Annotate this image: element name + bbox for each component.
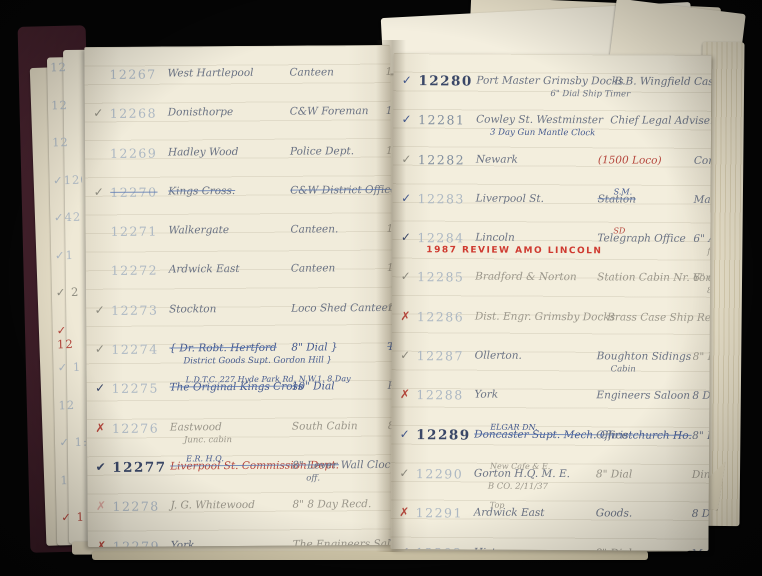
check-mark-icon: ✓ <box>91 106 106 120</box>
check-mark-icon: ✓ <box>399 73 414 87</box>
entry-number: 12284 <box>417 230 471 245</box>
entry-number: 12279 <box>113 538 167 547</box>
entry-place: New Cafe & E. Gorton H.Q. M. E. B CO. 2/… <box>474 467 584 483</box>
ledger-row: ✓ 12284 Lincoln SD Telegraph Office 6" A… <box>398 228 710 269</box>
ledger-row: ✓ 12268 Donisthorpe C&W Foreman 12" Dial <box>91 102 391 143</box>
entry-place: Stockton <box>169 302 279 318</box>
entry-number: 12287 <box>417 348 471 363</box>
entry-note-below: Junc. cabin <box>184 433 232 448</box>
check-mark-icon: ✓ <box>92 342 107 356</box>
entry-place: Newark <box>476 152 586 168</box>
page-stack-sheet <box>92 551 648 560</box>
edge-number-fragment: ✓ 2 <box>56 283 86 321</box>
edge-number-fragment: 12 <box>50 58 80 96</box>
check-mark-icon: ✓ <box>399 152 414 166</box>
entry-clock-type-main: 6" Astral Recd. <box>693 233 711 245</box>
ledger-row: ✓ 12289 ELGAR DN. Doncaster Supt. Mech. … <box>397 425 709 466</box>
entry-note-below: Cabin <box>611 362 636 377</box>
check-mark-icon: ✓ <box>92 303 107 317</box>
entry-place: Top Ardwick East <box>474 506 584 522</box>
entry-place: Donisthorpe <box>168 105 278 121</box>
entry-location: Dining Room <box>692 468 712 483</box>
entry-location: M.O.B. Depot Cabin <box>691 546 711 551</box>
ledger-row: ✓ 12273 Stockton Loco Shed Canteen. 12" … <box>92 299 392 340</box>
entry-number: 12283 <box>418 191 472 206</box>
entry-clock-type: 8" Dial Lever <box>692 429 711 444</box>
entry-place: Kings Cross. <box>168 184 278 200</box>
entry-location: C&W Foreman <box>290 104 374 120</box>
entry-clock-type: 8" Recd. <box>693 350 712 365</box>
entry-note-below: 6" Dial Ship Timer <box>550 87 630 102</box>
entry-number: 12286 <box>417 309 471 324</box>
entry-clock-type: 8 Day Lever <box>692 507 712 522</box>
entry-number: 12271 <box>110 224 164 239</box>
entry-insert-above: New Cafe & E. <box>490 459 550 474</box>
entry-place: Ardwick East <box>169 262 279 278</box>
entry-location: Canteen <box>291 262 375 278</box>
entry-clock-type: 10" Dial <box>292 379 376 395</box>
ledger-row: ✓ 12283 Liverpool St. S.M. Station Manag… <box>398 189 710 230</box>
entry-clock-type: 8" Dial <box>596 467 680 483</box>
entry-number: 12288 <box>416 388 470 403</box>
entry-place: Lincoln <box>475 231 585 247</box>
entry-number: 12281 <box>418 112 472 127</box>
entry-place: Hadley Wood <box>168 144 278 160</box>
edge-number-fragment: ✓1 <box>55 245 85 283</box>
ledger-page-right: ✓ 12280 Port Master Grimsby Docks B.B. W… <box>390 53 711 551</box>
edge-number-fragment: 12 <box>58 395 88 433</box>
check-mark-icon: ✓ <box>399 112 414 126</box>
entry-location: Goods. <box>596 507 680 523</box>
ledger-rows: ✓ 12280 Port Master Grimsby Docks B.B. W… <box>396 71 711 551</box>
entry-clock-type: Manager 6" Mantel Clock <box>694 193 712 209</box>
edge-number-fragment: 1 <box>60 470 90 508</box>
edge-number-fragment: 12 <box>52 133 82 171</box>
entry-location-main: Telegraph Office <box>597 232 685 245</box>
cross-mark-icon: ✗ <box>397 505 412 519</box>
ledger-row: ✗ 12288 York Engineers Saloon 8 Day Astr… <box>397 385 709 426</box>
entry-number: 12268 <box>110 106 164 121</box>
entry-clock-type: 8 Day <box>692 389 711 404</box>
check-mark-icon: ✓ <box>399 191 414 205</box>
entry-place: Eastwood Junc. cabin <box>170 419 280 435</box>
check-mark-icon: ✓ <box>397 427 412 441</box>
ledger-row: ✓ 12280 Port Master Grimsby Docks B.B. W… <box>399 71 711 112</box>
entry-number: 12280 <box>418 73 472 89</box>
edge-number-fragment: ✓ 12 <box>56 320 86 358</box>
entry-location: Engineers Saloon <box>596 389 680 405</box>
edge-number-fragment: ✓ 1: <box>59 433 89 471</box>
review-annotation: 1987 REVIEW AMO LINCOLN <box>426 245 602 256</box>
entry-number: 12277 <box>112 459 166 475</box>
entry-location: Boughton Sidings Cabin <box>597 349 681 365</box>
ledger-row: ✓ 12275 L.D.T.C. 227 Hyde Park Rd. N.W.1… <box>93 377 393 418</box>
entry-clock-type: 8" Lever Wall Clock (Recd. 8 Day) off. <box>292 458 393 474</box>
entry-location-main: Boughton Sidings <box>597 350 692 363</box>
ledger-row: ✔ 12277 E.R. H.Q. Liverpool St. Commissi… <box>93 456 393 497</box>
edge-number-fragment: ✓ 1 <box>57 358 87 396</box>
entry-insert-above: Top <box>490 498 505 513</box>
entry-place: York <box>171 537 281 547</box>
entry-location: Police Dept. <box>290 144 374 160</box>
cross-mark-icon: ✗ <box>397 387 412 401</box>
cross-mark-icon: ✗ <box>93 499 108 513</box>
entry-number: 12278 <box>112 499 166 514</box>
entry-place: { Dr. Robt. Hertford District Goods Supt… <box>169 341 279 357</box>
ledger-row: ✗ 12276 Eastwood Junc. cabin South Cabin… <box>93 417 393 458</box>
edge-number-fragment: 12 <box>51 95 81 133</box>
ledger-row: ✗ 12286 Dist. Engr. Grimsby Docks Brass … <box>398 307 710 348</box>
entry-number: 12276 <box>112 420 166 435</box>
entry-place: Liverpool St. <box>476 191 586 207</box>
entry-clock-type-main: 6" dial <box>693 272 711 284</box>
cross-mark-icon: ✗ <box>398 309 413 323</box>
entry-number: 12289 <box>416 427 470 443</box>
check-mark-icon: ✓ <box>398 348 413 362</box>
check-mark-icon: ✓ <box>397 466 412 480</box>
check-mark-icon: ✓ <box>398 230 413 244</box>
entry-insert-above: SD <box>613 224 625 239</box>
entry-clock-type: 6" Astral Recd. for sale 4/8/81 AB <box>693 232 711 247</box>
entry-number: 12291 <box>416 505 470 520</box>
check-mark-icon: ✓ <box>93 381 108 395</box>
entry-location: Station Cabin Nr. York <box>597 271 681 287</box>
entry-location: South Cabin <box>292 419 376 435</box>
entry-place: Bradford & Norton <box>475 270 585 286</box>
entry-number: 12285 <box>417 270 471 285</box>
ledger-row: 12269 Hadley Wood Police Dept. 12" - <box>91 142 391 183</box>
entry-number: 12273 <box>111 302 165 317</box>
entry-clock-type: 8" Dial <box>595 546 679 551</box>
entry-number: 12282 <box>418 152 472 167</box>
entry-note-below: 3 Day Gun Mantle Clock <box>490 126 595 142</box>
entry-note-below: off. <box>306 471 320 486</box>
entry-location: Loco Shed Canteen. <box>291 301 375 317</box>
entry-place-main: Cowley St. Westminster <box>476 114 603 127</box>
entry-clock-type: 6" dial 8 Day Lever <box>693 271 711 286</box>
entry-number: 12269 <box>110 145 164 160</box>
entry-place: ELGAR DN. Doncaster Supt. Mech. Christch… <box>474 427 584 443</box>
entry-note-below: B CO. 2/11/37 <box>488 480 548 495</box>
entry-clock-type-main: 8" Lever Wall Clock (Recd. 8 Day) <box>292 458 394 471</box>
ledger-row: 12267 West Hartlepool Canteen 12" Wall <box>90 63 390 104</box>
entry-place: West Hartlepool <box>167 66 277 82</box>
entry-number: 12290 <box>416 466 470 481</box>
entry-location: Office <box>596 428 680 444</box>
entry-place-main: { Dr. Robt. Hertford <box>169 342 276 355</box>
entry-location: C&W District Office <box>290 183 391 199</box>
entry-place: York <box>474 388 584 404</box>
ledger-row: ✓ 12282 Newark (1500 Loco) Control Inspe… <box>399 150 711 191</box>
ledger-row: ✓ 12281 Cowley St. Westminster 3 Day Gun… <box>399 110 711 151</box>
entry-insert-above: ELGAR DN. <box>490 419 537 434</box>
ledger-row: ✗ 12278 J. G. Whitewood 8" 8 Day Recd. <box>93 495 393 536</box>
ledger-row: ✗ 12279 York The Engineers Saloon Y' Lev… <box>94 534 394 547</box>
entry-number: 12267 <box>109 67 163 82</box>
edge-number-fragment: ✓42 <box>54 208 84 246</box>
entry-place: Cowley St. Westminster 3 Day Gun Mantle … <box>476 113 598 129</box>
ledger-row: ✓ 12285 Bradford & Norton Station Cabin … <box>398 268 710 309</box>
cross-mark-icon: ✗ <box>94 538 109 547</box>
entry-place: Walkergate <box>168 223 278 239</box>
check-mark-icon: ✔ <box>93 460 108 474</box>
entry-red-note: (1500 Loco) <box>598 153 682 169</box>
entry-place: E.R. H.Q. Liverpool St. Commission Dept. <box>170 459 280 475</box>
edge-number-fragment: ✓ 1 <box>61 508 91 546</box>
entry-insert-above: S.M. <box>614 184 633 199</box>
entry-place: L.D.T.C. 227 Hyde Park Rd. N.W.1. 8 Day … <box>170 380 280 396</box>
entry-insert-above: E.R. H.Q. <box>186 451 224 466</box>
entry-location: Chief Legal Adviser <box>610 114 711 130</box>
entry-place: J. G. Whitewood <box>170 498 280 514</box>
entry-number: 12272 <box>111 263 165 278</box>
ledger-row: ✓ 12290 New Cafe & E. Gorton H.Q. M. E. … <box>397 464 709 505</box>
entry-number: 12274 <box>111 342 165 357</box>
entry-location: Control Inspector <box>694 153 712 169</box>
ledger-rows: 12267 West Hartlepool Canteen 12" Wall ✓… <box>90 63 393 547</box>
edge-number-fragment: ✓120 <box>53 170 83 208</box>
entry-note-below: District Goods Supt. Gordon Hill } <box>183 353 332 369</box>
entry-location: Canteen <box>289 65 373 81</box>
entry-place: Ollerton. <box>475 349 585 365</box>
entry-clock-type: 8" Dial } <box>291 340 375 356</box>
entry-location: SD Telegraph Office <box>597 231 681 247</box>
ledger-row: ✗ 12291 Top Ardwick East Goods. 8 Day Le… <box>397 503 709 544</box>
check-mark-icon: ✓ <box>398 270 413 284</box>
ledger-row: 12271 Walkergate Canteen. 12" Wall Clock <box>91 220 391 261</box>
cross-mark-icon: ✗ <box>93 421 108 435</box>
entry-place: Dist. Engr. Grimsby Docks <box>475 309 595 325</box>
entry-location: Canteen. <box>290 222 374 238</box>
ledger-page-left: 12267 West Hartlepool Canteen 12" Wall ✓… <box>84 45 393 547</box>
entry-clock-type: 8" 8 Day Recd. <box>292 497 376 513</box>
entry-clock-type: Brass Case Ship Recd. <box>607 310 710 326</box>
entry-place-main: Ardwick East <box>474 507 545 519</box>
entry-number: 12275 <box>112 381 166 396</box>
ledger-row: ✓ 12287 Ollerton. Boughton Sidings Cabin… <box>397 346 709 387</box>
ledger-row: ✓ 12270 Kings Cross. C&W District Office <box>91 181 391 222</box>
check-mark-icon: ✓ <box>91 185 106 199</box>
entry-location-main: B.B. Wingfield Castle <box>614 75 711 88</box>
ledger-photo: 12 12 12 ✓120 ✓42 ✓1 ✓ 2 ✓ 12 ✓ 1 12 ✓ 1… <box>0 0 762 576</box>
entry-number: 12270 <box>110 184 164 199</box>
entry-location: B.B. Wingfield Castle 6" Dial Ship Timer <box>614 74 711 90</box>
entry-location: S.M. Station <box>598 192 682 208</box>
ledger-row: 12272 Ardwick East Canteen 12" Wall Cloc… <box>92 259 392 300</box>
entry-place-main: Eastwood <box>170 421 222 433</box>
